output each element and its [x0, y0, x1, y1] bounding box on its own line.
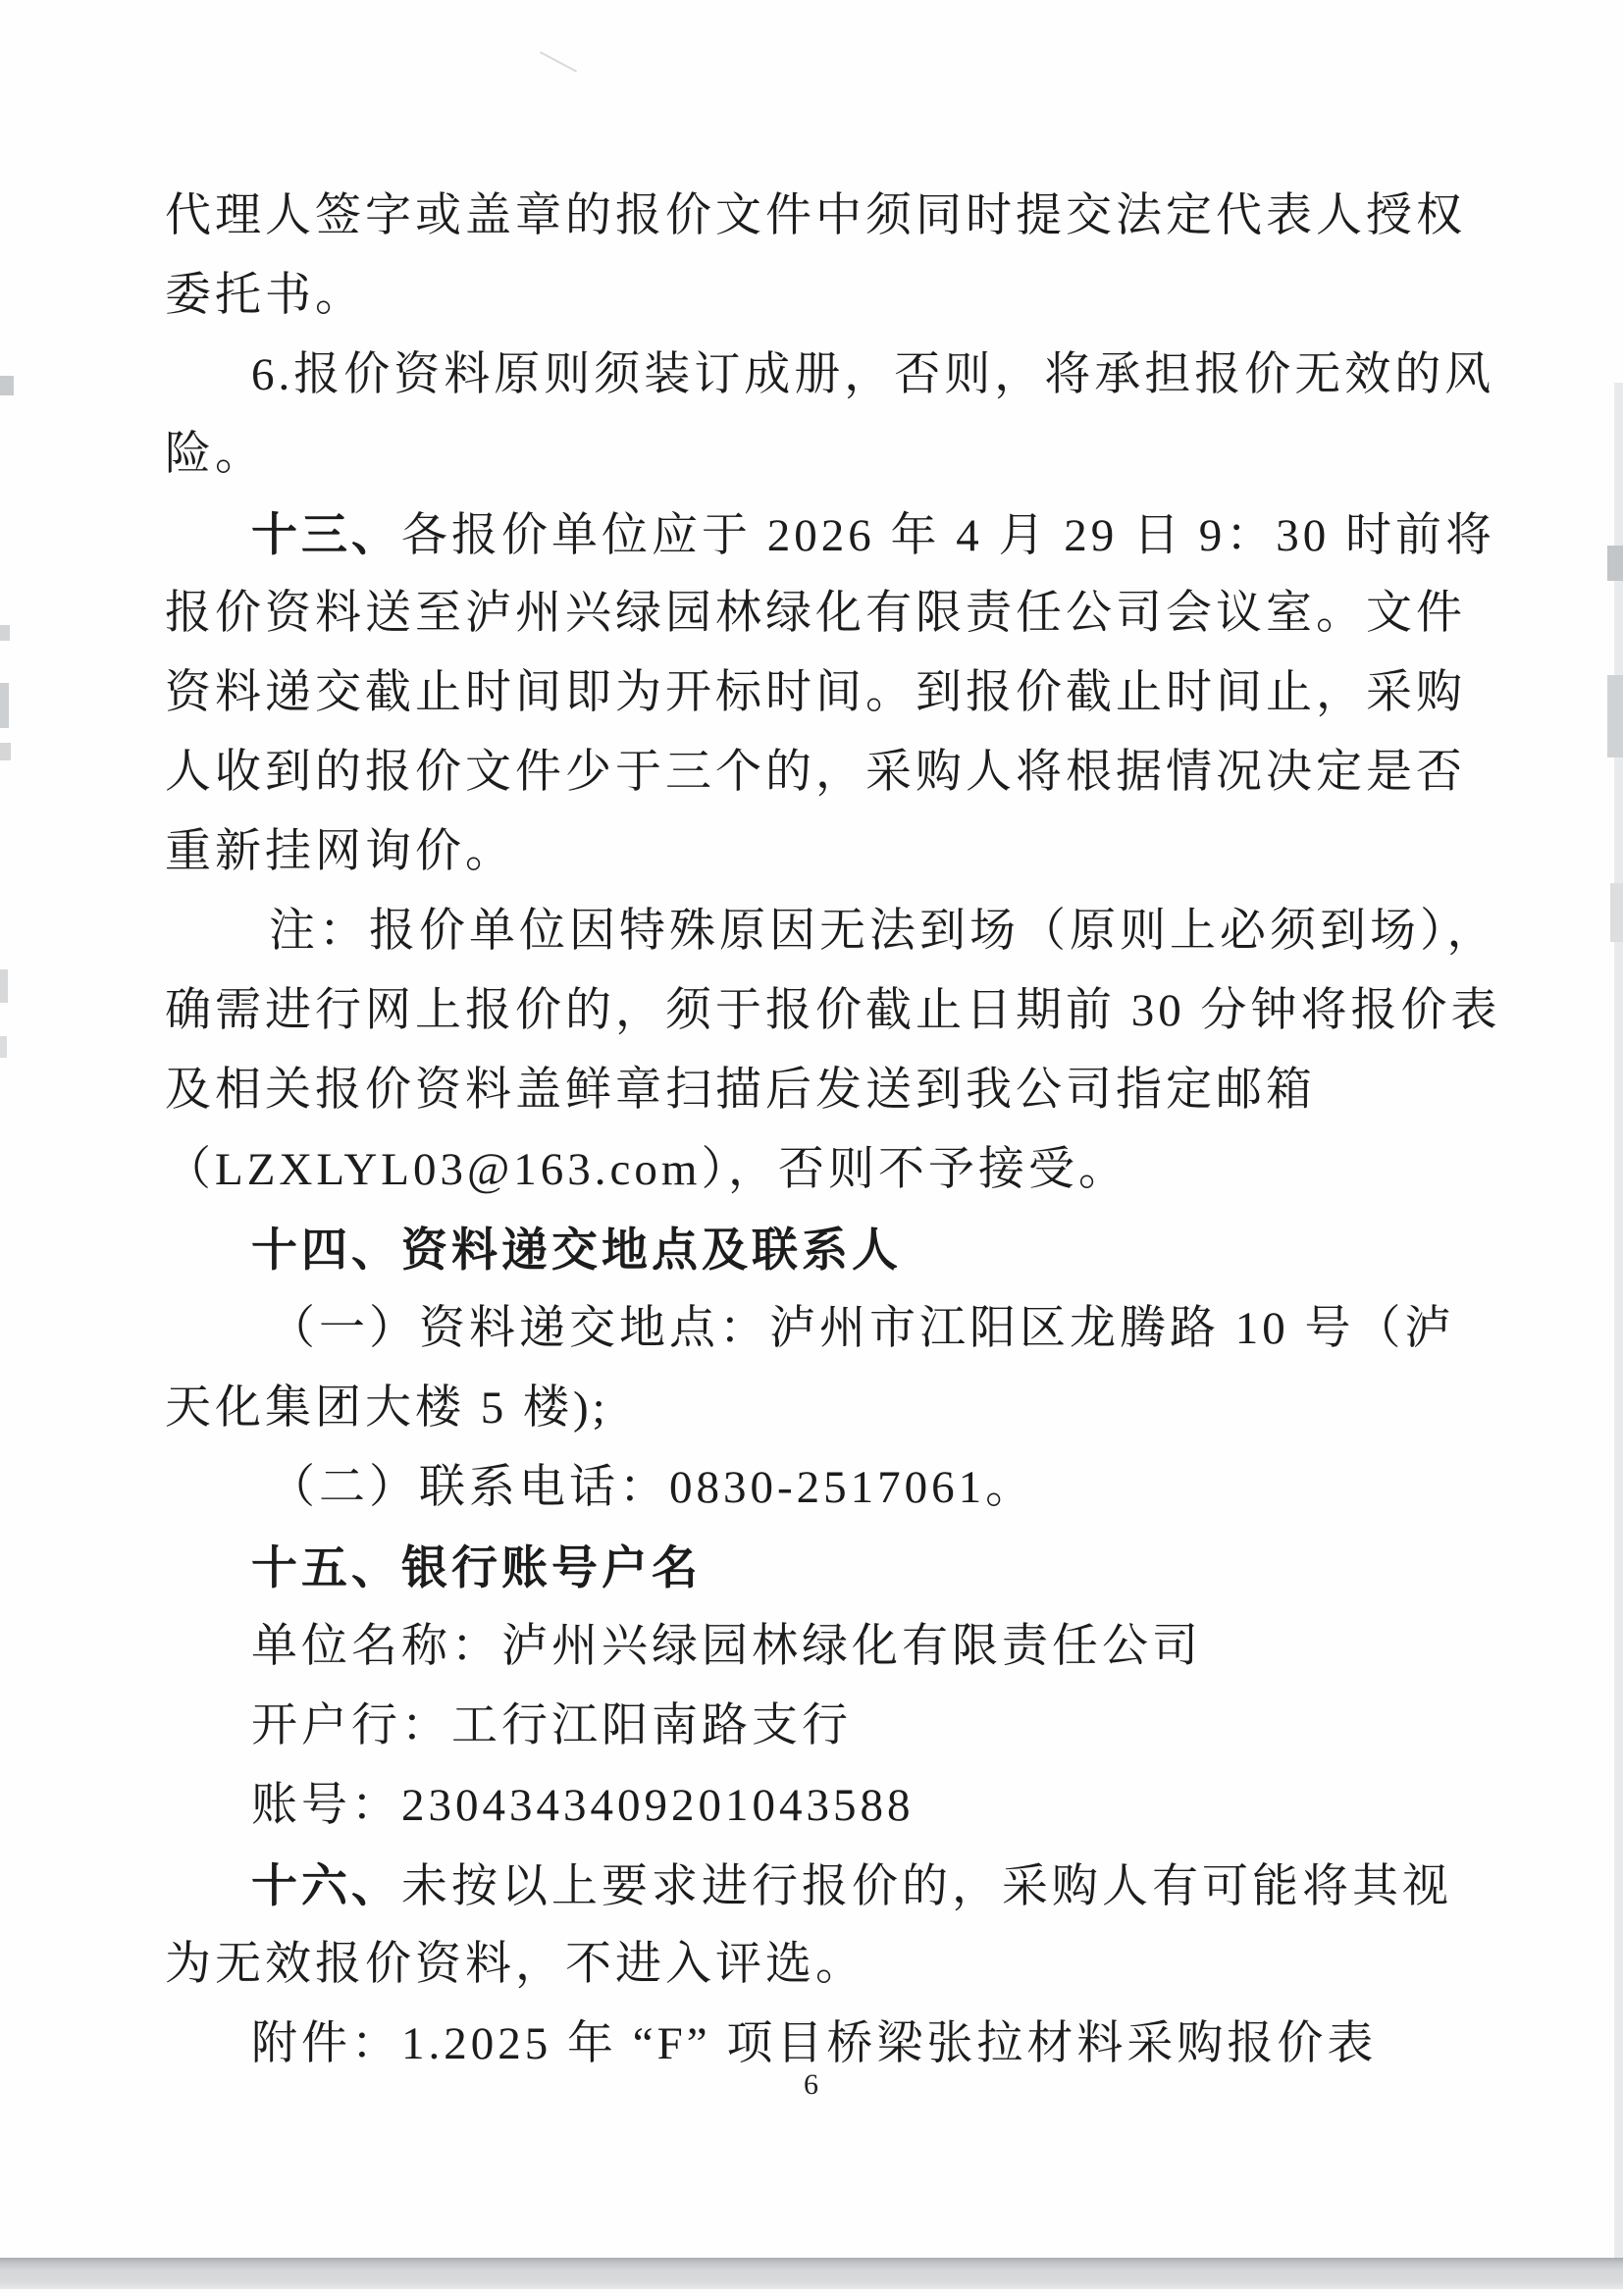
heading-text: 十三、 — [251, 508, 401, 560]
body-text: 为无效报价资料，不进入评选。 — [165, 1939, 865, 1990]
text-line: 及相关报价资料盖鲜章扫描后发送到我公司指定邮箱 — [165, 1051, 1480, 1130]
scan-artifact-left-mark — [0, 969, 8, 1003]
body-text: 委托书。 — [165, 270, 365, 321]
page-number: 6 — [0, 2068, 1623, 2102]
text-line: 报价资料送至泸州兴绿园林绿化有限责任公司会议室。文件 — [165, 574, 1480, 653]
text-line: 开户行：工行江阳南路支行 — [165, 1687, 1480, 1766]
text-line: 账号：2304343409201043588 — [165, 1766, 1480, 1846]
text-line: （一）资料递交地点：泸州市江阳区龙腾路 10 号（泸 — [165, 1289, 1480, 1369]
scan-artifact-left-mark — [0, 376, 14, 395]
text-line: 委托书。 — [165, 256, 1480, 336]
body-text: （LZXLYL03@163.com），否则不予接受。 — [165, 1144, 1128, 1195]
text-line: 代理人签字或盖章的报价文件中须同时提交法定代表人授权 — [165, 177, 1480, 256]
body-text: 账号：2304343409201043588 — [251, 1780, 915, 1831]
body-text: 及相关报价资料盖鲜章扫描后发送到我公司指定邮箱 — [165, 1065, 1316, 1116]
text-line: 确需进行网上报价的，须于报价截止日期前 30 分钟将报价表 — [165, 971, 1480, 1051]
text-line: （LZXLYL03@163.com），否则不予接受。 — [165, 1130, 1480, 1210]
scan-artifact-left-mark — [0, 743, 11, 760]
body-text: 确需进行网上报价的，须于报价截止日期前 30 分钟将报价表 — [165, 985, 1501, 1036]
text-line: 重新挂网询价。 — [165, 812, 1480, 892]
text-line: 十三、各报价单位应于 2026 年 4 月 29 日 9：30 时前将 — [165, 495, 1480, 574]
body-text: 6.报价资料原则须装订成册，否则，将承担报价无效的风 — [251, 349, 1494, 400]
body-text: 人收到的报价文件少于三个的，采购人将根据情况决定是否 — [165, 747, 1466, 798]
scan-artifact-scratch — [540, 51, 577, 72]
body-text: 资料递交截止时间即为开标时间。到报价截止时间止，采购 — [165, 667, 1466, 718]
text-line: 为无效报价资料，不进入评选。 — [165, 1925, 1480, 2005]
text-line: 注：报价单位因特殊原因无法到场（原则上必须到场）， — [165, 892, 1480, 971]
body-text: 开户行：工行江阳南路支行 — [251, 1700, 852, 1751]
text-line: 单位名称：泸州兴绿园林绿化有限责任公司 — [165, 1607, 1480, 1687]
body-text: 代理人签字或盖章的报价文件中须同时提交法定代表人授权 — [165, 190, 1466, 241]
body-text: 各报价单位应于 2026 年 4 月 29 日 9：30 时前将 — [401, 510, 1495, 561]
scan-artifact-left-mark — [0, 683, 9, 728]
scan-artifact-left-mark — [0, 625, 10, 641]
text-line: 险。 — [165, 415, 1480, 495]
text-line: 人收到的报价文件少于三个的，采购人将根据情况决定是否 — [165, 733, 1480, 812]
document-body: 代理人签字或盖章的报价文件中须同时提交法定代表人授权委托书。6.报价资料原则须装… — [165, 177, 1480, 2084]
body-text: 天化集团大楼 5 楼); — [165, 1383, 609, 1434]
scan-artifact-left-mark — [0, 1036, 7, 1058]
body-text: 险。 — [165, 429, 265, 480]
document-page: 代理人签字或盖章的报价文件中须同时提交法定代表人授权委托书。6.报价资料原则须装… — [0, 0, 1623, 2296]
scan-artifact-right-mark — [1610, 883, 1623, 942]
body-text: （一）资料递交地点：泸州市江阳区龙腾路 10 号（泸 — [269, 1303, 1455, 1354]
text-line: 十五、银行账号户名 — [165, 1528, 1480, 1607]
body-text: （二）联系电话：0830-2517061。 — [269, 1462, 1035, 1513]
body-text: 报价资料送至泸州兴绿园林绿化有限责任公司会议室。文件 — [165, 588, 1466, 639]
text-line: 资料递交截止时间即为开标时间。到报价截止时间止，采购 — [165, 653, 1480, 733]
body-text: 单位名称：泸州兴绿园林绿化有限责任公司 — [251, 1621, 1202, 1672]
body-text: 重新挂网询价。 — [165, 826, 515, 877]
heading-text: 十四、资料递交地点及联系人 — [251, 1224, 902, 1276]
text-line: （二）联系电话：0830-2517061。 — [165, 1448, 1480, 1528]
heading-text: 十六、 — [251, 1859, 401, 1911]
body-text: 注：报价单位因特殊原因无法到场（原则上必须到场）， — [269, 906, 1497, 957]
text-line: 6.报价资料原则须装订成册，否则，将承担报价无效的风 — [165, 336, 1480, 415]
scan-artifact-right-mark — [1607, 546, 1623, 581]
text-line: 天化集团大楼 5 楼); — [165, 1369, 1480, 1448]
scan-artifact-right-mark — [1607, 675, 1623, 757]
text-line: 十六、未按以上要求进行报价的，采购人有可能将其视 — [165, 1846, 1480, 1925]
scan-artifact-right-strip — [1614, 383, 1623, 2258]
text-line: 十四、资料递交地点及联系人 — [165, 1210, 1480, 1289]
body-text: 附件：1.2025 年 “F” 项目桥梁张拉材料采购报价表 — [251, 2018, 1377, 2069]
body-text: 未按以上要求进行报价的，采购人有可能将其视 — [401, 1861, 1452, 1912]
scan-artifact-bottom-band — [0, 2258, 1623, 2289]
heading-text: 十五、银行账号户名 — [251, 1541, 702, 1593]
